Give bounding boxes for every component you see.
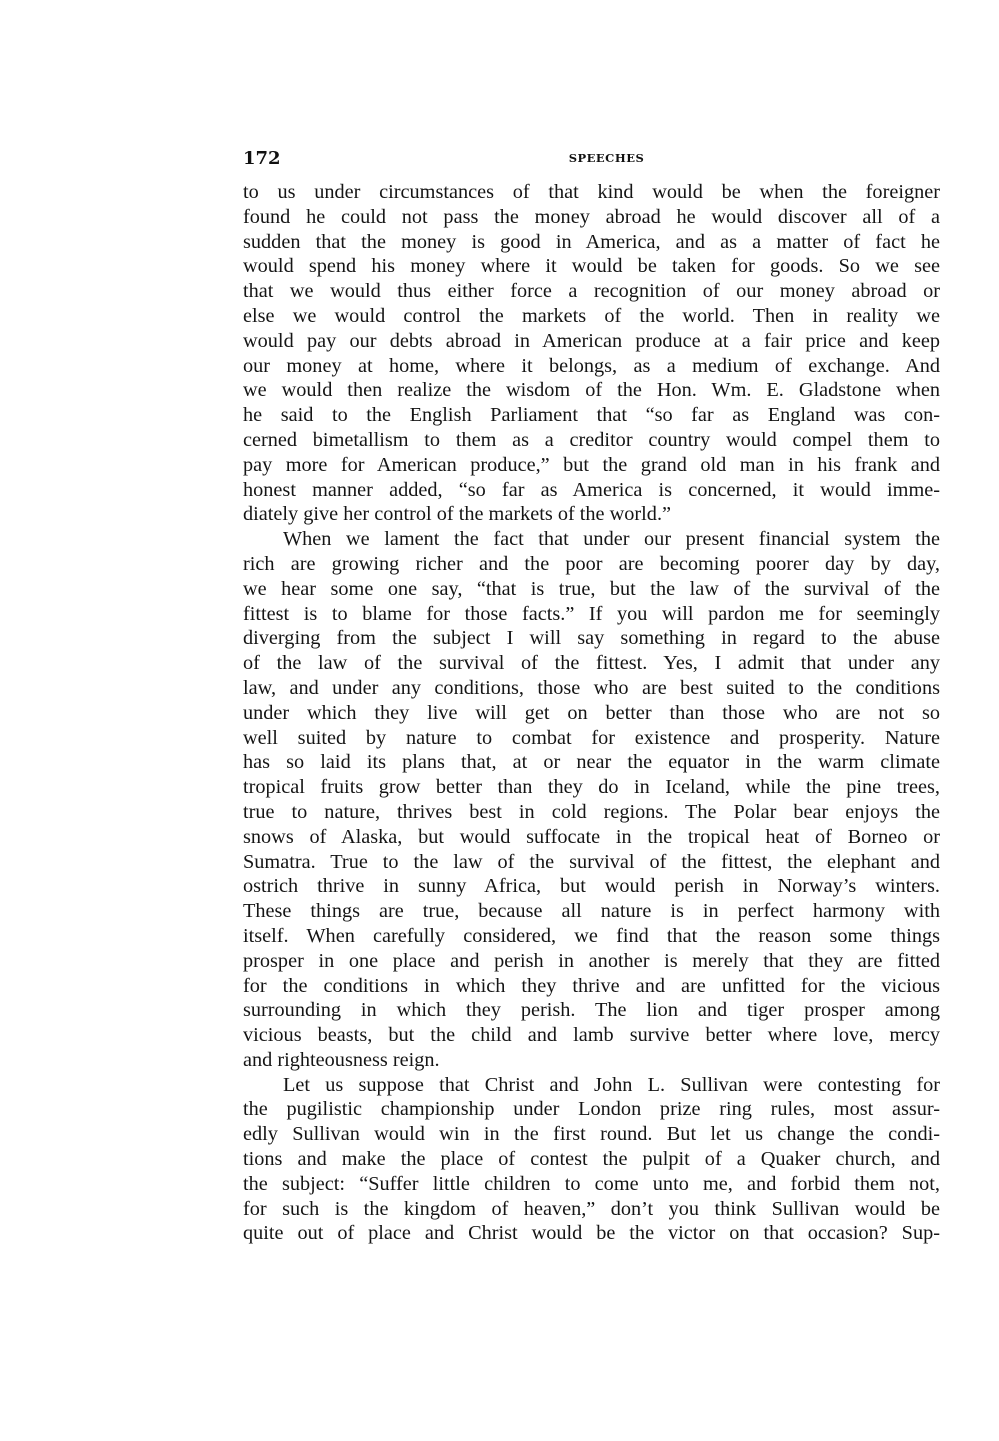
text-line: quite out of place and Christ would be t… bbox=[243, 1221, 940, 1246]
text-line: found he could not pass the money abroad… bbox=[243, 205, 940, 230]
text-line: snows of Alaska, but would suffocate in … bbox=[243, 825, 940, 850]
text-line: for the conditions in which they thrive … bbox=[243, 974, 940, 999]
text-line: fittest is to blame for those facts.” If… bbox=[243, 602, 940, 627]
text-line: ostrich thrive in sunny Africa, but woul… bbox=[243, 874, 940, 899]
text-line: and righteousness reign. bbox=[243, 1048, 940, 1073]
text-line: tropical fruits grow better than they do… bbox=[243, 775, 940, 800]
text-line: cerned bimetallism to them as a creditor… bbox=[243, 428, 940, 453]
paragraph-1: to us under circumstances of that kind w… bbox=[243, 180, 940, 527]
text-line: to us under circumstances of that kind w… bbox=[243, 180, 940, 205]
text-line: honest manner added, “so far as America … bbox=[243, 478, 940, 503]
text-line: we hear some one say, “that is true, but… bbox=[243, 577, 940, 602]
text-line: surrounding in which they perish. The li… bbox=[243, 998, 940, 1023]
running-title: SPEECHES bbox=[243, 151, 940, 165]
text-line: Sumatra. True to the law of the survival… bbox=[243, 850, 940, 875]
text-line: Let us suppose that Christ and John L. S… bbox=[243, 1073, 940, 1098]
text-line: When we lament the fact that under our p… bbox=[243, 527, 940, 552]
paragraph-2: When we lament the fact that under our p… bbox=[243, 527, 940, 1073]
text-line: the pugilistic championship under London… bbox=[243, 1097, 940, 1122]
text-line: of the law of the survival of the fittes… bbox=[243, 651, 940, 676]
text-line: we would then realize the wisdom of the … bbox=[243, 378, 940, 403]
text-line: would pay our debts abroad in American p… bbox=[243, 329, 940, 354]
text-line: edly Sullivan would win in the first rou… bbox=[243, 1122, 940, 1147]
text-line: itself. When carefully considered, we fi… bbox=[243, 924, 940, 949]
running-head: 172 SPEECHES bbox=[243, 148, 940, 172]
text-line: diverging from the subject I will say so… bbox=[243, 626, 940, 651]
text-line: that we would thus either force a recogn… bbox=[243, 279, 940, 304]
text-line: law, and under any conditions, those who… bbox=[243, 676, 940, 701]
text-line: he said to the English Parliament that “… bbox=[243, 403, 940, 428]
text-line: These things are true, because all natur… bbox=[243, 899, 940, 924]
text-line: for such is the kingdom of heaven,” don’… bbox=[243, 1197, 940, 1222]
text-line: diately give her control of the markets … bbox=[243, 502, 940, 527]
body-text: to us under circumstances of that kind w… bbox=[243, 180, 940, 1246]
text-line: vicious beasts, but the child and lamb s… bbox=[243, 1023, 940, 1048]
text-line: pay more for American produce,” but the … bbox=[243, 453, 940, 478]
text-line: the subject: “Suffer little children to … bbox=[243, 1172, 940, 1197]
paragraph-3: Let us suppose that Christ and John L. S… bbox=[243, 1073, 940, 1247]
text-line: has so laid its plans that, at or near t… bbox=[243, 750, 940, 775]
text-line: would spend his money where it would be … bbox=[243, 254, 940, 279]
text-line: prosper in one place and perish in anoth… bbox=[243, 949, 940, 974]
text-line: else we would control the markets of the… bbox=[243, 304, 940, 329]
text-line: rich are growing richer and the poor are… bbox=[243, 552, 940, 577]
text-line: our money at home, where it belongs, as … bbox=[243, 354, 940, 379]
text-line: under which they live will get on better… bbox=[243, 701, 940, 726]
book-page: 172 SPEECHES to us under circumstances o… bbox=[0, 0, 999, 1441]
text-line: true to nature, thrives best in cold reg… bbox=[243, 800, 940, 825]
text-line: tions and make the place of contest the … bbox=[243, 1147, 940, 1172]
text-line: sudden that the money is good in America… bbox=[243, 230, 940, 255]
text-line: well suited by nature to combat for exis… bbox=[243, 726, 940, 751]
